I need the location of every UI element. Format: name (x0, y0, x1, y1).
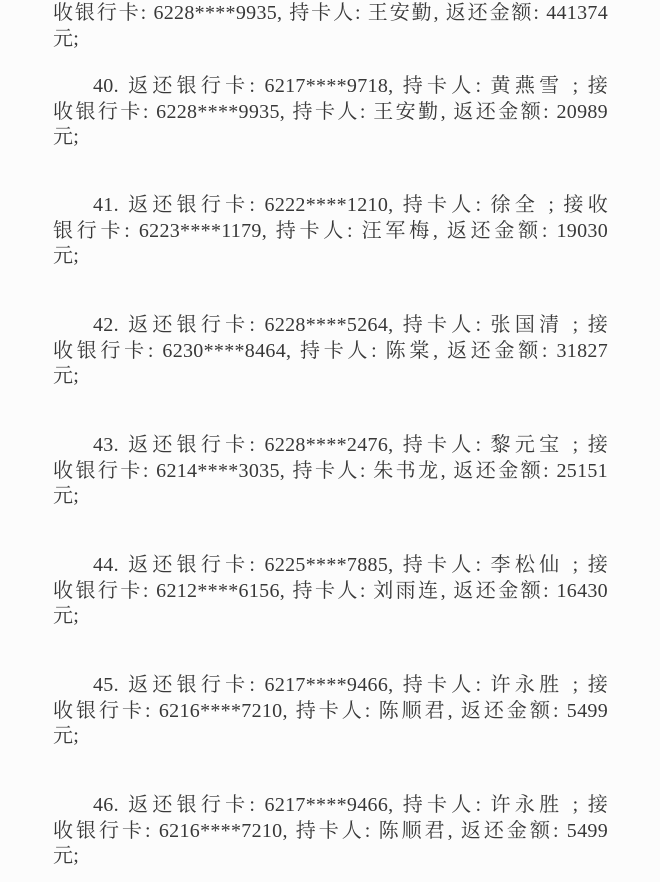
list-item: 收银行卡: 6228****9935, 持卡人: 王安勤, 返还金额: 4413… (53, 1, 608, 52)
text-line: 元; (53, 844, 608, 870)
list-item: 43. 返还银行卡: 6228****2476, 持卡人: 黎元宝 ; 接 收银… (53, 433, 608, 510)
text-line: 收银行卡: 6230****8464, 持卡人: 陈棠, 返还金额: 31827 (53, 339, 608, 365)
text-line: 元; (53, 125, 608, 151)
text-line: 收银行卡: 6228****9935, 持卡人: 王安勤, 返还金额: 4413… (53, 1, 608, 27)
text-line: 元; (53, 724, 608, 750)
list-item: 40. 返还银行卡: 6217****9718, 持卡人: 黄燕雪 ; 接 收银… (53, 74, 608, 151)
text-line: 46. 返还银行卡: 6217****9466, 持卡人: 许永胜 ; 接 (53, 793, 608, 819)
document-page: 收银行卡: 6228****9935, 持卡人: 王安勤, 返还金额: 4413… (0, 0, 660, 882)
list-item: 45. 返还银行卡: 6217****9466, 持卡人: 许永胜 ; 接 收银… (53, 673, 608, 750)
text-line: 收银行卡: 6214****3035, 持卡人: 朱书龙, 返还金额: 2515… (53, 459, 608, 485)
text-line: 40. 返还银行卡: 6217****9718, 持卡人: 黄燕雪 ; 接 (53, 74, 608, 100)
text-line: 元; (53, 484, 608, 510)
text-line: 收银行卡: 6216****7210, 持卡人: 陈顺君, 返还金额: 5499 (53, 819, 608, 845)
text-line: 元; (53, 244, 608, 270)
list-item: 44. 返还银行卡: 6225****7885, 持卡人: 李松仙 ; 接 收银… (53, 553, 608, 630)
list-item: 42. 返还银行卡: 6228****5264, 持卡人: 张国清 ; 接 收银… (53, 313, 608, 390)
text-line: 银行卡: 6223****1179, 持卡人: 汪军梅, 返还金额: 19030 (53, 219, 608, 245)
text-line: 42. 返还银行卡: 6228****5264, 持卡人: 张国清 ; 接 (53, 313, 608, 339)
text-line: 44. 返还银行卡: 6225****7885, 持卡人: 李松仙 ; 接 (53, 553, 608, 579)
text-line: 43. 返还银行卡: 6228****2476, 持卡人: 黎元宝 ; 接 (53, 433, 608, 459)
text-line: 元; (53, 27, 608, 53)
text-line: 元; (53, 604, 608, 630)
text-line: 收银行卡: 6212****6156, 持卡人: 刘雨连, 返还金额: 1643… (53, 579, 608, 605)
list-item: 46. 返还银行卡: 6217****9466, 持卡人: 许永胜 ; 接 收银… (53, 793, 608, 870)
text-line: 收银行卡: 6228****9935, 持卡人: 王安勤, 返还金额: 2098… (53, 100, 608, 126)
text-line: 45. 返还银行卡: 6217****9466, 持卡人: 许永胜 ; 接 (53, 673, 608, 699)
list-item: 41. 返还银行卡: 6222****1210, 持卡人: 徐全 ; 接收 银行… (53, 193, 608, 270)
text-line: 收银行卡: 6216****7210, 持卡人: 陈顺君, 返还金额: 5499 (53, 699, 608, 725)
text-line: 元; (53, 364, 608, 390)
text-line: 41. 返还银行卡: 6222****1210, 持卡人: 徐全 ; 接收 (53, 193, 608, 219)
